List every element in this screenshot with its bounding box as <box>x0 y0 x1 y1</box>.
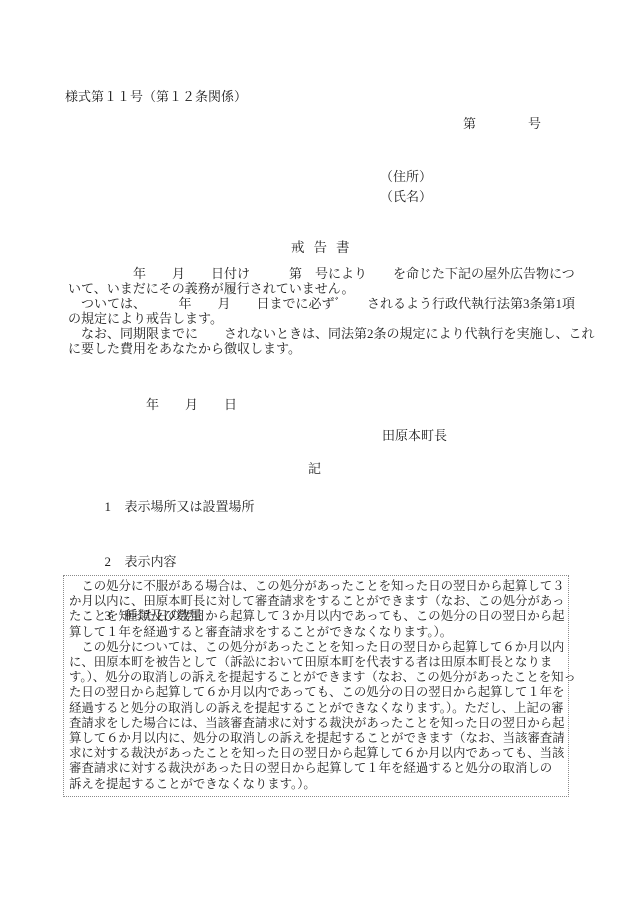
notice-line: に、田原本町を被告として（訴訟において田原本町を代表する者は田原本町長となりま <box>69 655 563 670</box>
notice-line: 訴えを提起することができなくなります。）。 <box>69 777 563 792</box>
section-marker-ki: 記 <box>308 458 321 477</box>
notice-line: この処分に不服がある場合は、この処分があったことを知った日の翌日から起算して３ <box>69 579 563 594</box>
body-line: 年 月 日付け 第 号により を命じた下記の屋外広告物につ <box>68 266 573 281</box>
list-item-label: 表示場所又は設置場所 <box>125 499 255 514</box>
body-line: に要した費用をあなたから徴収します。 <box>68 341 573 356</box>
body-line: ついては、 年 月 日までに必ずﾞ されるよう行政代執行法第3条第1項 <box>68 296 573 311</box>
notice-line: す。）、処分の取消しの訴えを提起することができます（なお、この処分があったことを… <box>69 670 563 685</box>
body-line: いて、いまだにその義務が履行されていません。 <box>68 281 573 296</box>
list-item-label: 表示内容 <box>125 554 177 569</box>
document-title: 戒告書 <box>291 236 359 256</box>
notice-line: か月以内に、田原本町長に対して審査請求をすることができます（なお、この処分があっ <box>69 594 563 609</box>
document-number-field: 第 号 <box>463 113 541 132</box>
warning-notice-document: 様式第１１号（第１２条関係） 第 号 （住所） （氏名） 戒告書 年 月 日付け… <box>0 0 630 903</box>
notice-line: 審査請求に対する裁決があった日の翌日から起算して１年を経過すると処分の取消しの <box>69 761 563 776</box>
form-number-label: 様式第１１号（第１２条関係） <box>65 86 247 105</box>
date-line: 年 月 日 <box>68 394 237 413</box>
list-item-display-location: 1表示場所又は設置場所 <box>85 487 255 526</box>
body-line: の規定により戒告します。 <box>68 311 573 326</box>
appeal-notice-box: この処分に不服がある場合は、この処分があったことを知った日の翌日から起算して３ … <box>63 575 569 797</box>
notice-line: 求に対する裁決があったことを知った日の翌日から起算して６か月以内であっても、当該 <box>69 746 563 761</box>
notice-line: 査請求をした場合には、当該審査請求に対する裁決があったことを知った日の翌日から起 <box>69 716 563 731</box>
list-item-number: 1 <box>105 500 112 513</box>
notice-line: この処分については、この処分があったことを知った日の翌日から起算して６か月以内 <box>69 640 563 655</box>
list-item-number: 2 <box>105 555 112 568</box>
notice-line: 経過すると処分の取消しの訴えを提起することができなくなります。）。ただし、上記の… <box>69 701 563 716</box>
notice-line: 算して６か月以内に、処分の取消しの訴えを提起することができます（なお、当該審査請 <box>69 731 563 746</box>
body-line: なお、同期限までに されないときは、同法第2条の規定により代執行を実施し、これ <box>68 326 573 341</box>
body-text: 年 月 日付け 第 号により を命じた下記の屋外広告物につ いて、いまだにその義… <box>68 266 573 356</box>
notice-line: たことを知った日の翌日から起算して３か月以内であっても、この処分の日の翌日から起 <box>69 609 563 624</box>
notice-line: 算して１年を経過すると審査請求をすることができなくなります。）。 <box>69 625 563 640</box>
notice-line: た日の翌日から起算して６か月以内であっても、この処分の日の翌日から起算して１年を <box>69 685 563 700</box>
address-label: （住所） <box>380 166 432 185</box>
signer-name: 田原本町長 <box>382 425 447 444</box>
name-label: （氏名） <box>380 186 432 205</box>
